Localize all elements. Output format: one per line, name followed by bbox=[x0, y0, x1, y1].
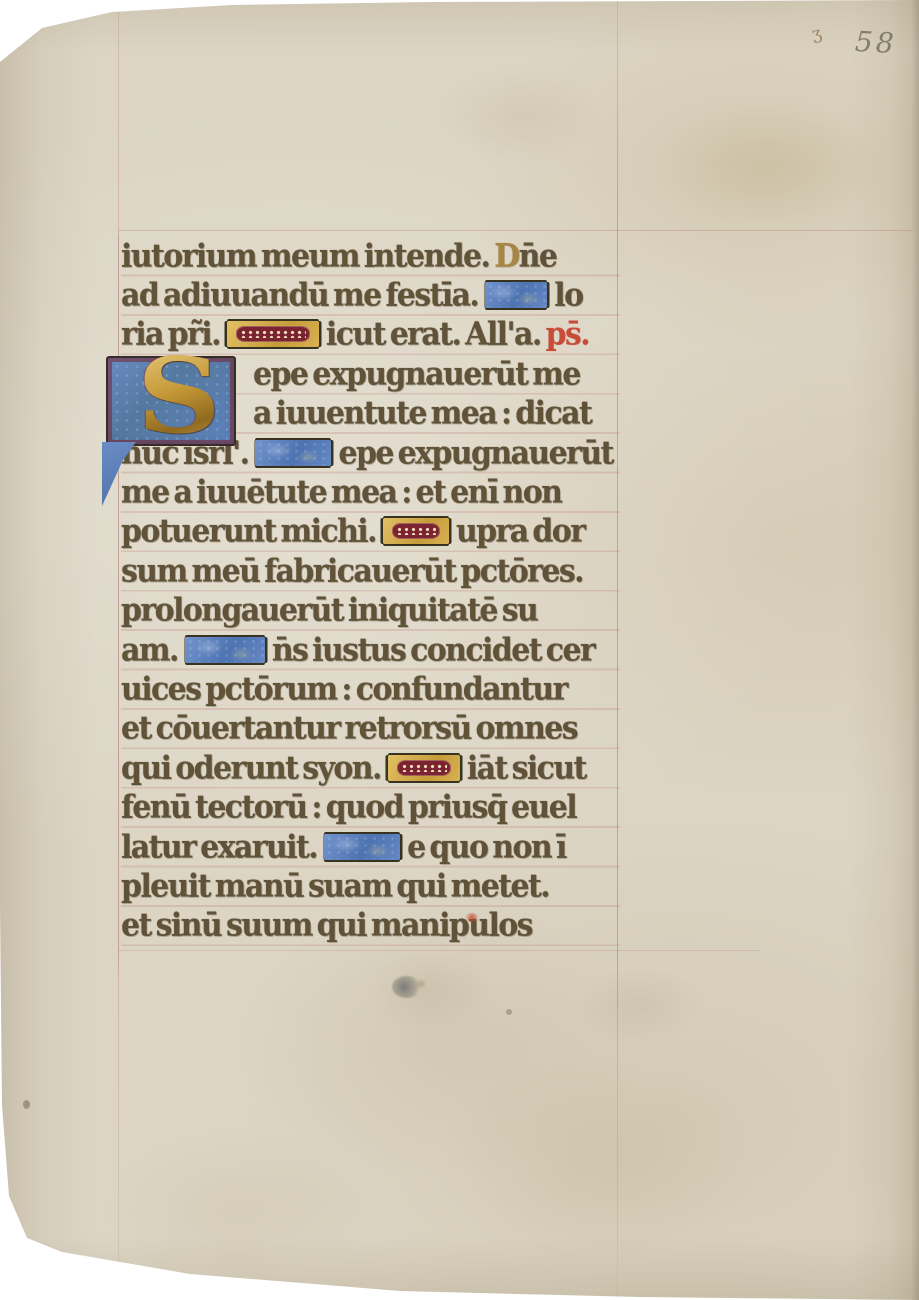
manuscript-line: pleuit manū suam qui metet. bbox=[121, 867, 620, 906]
line-text: epe expugnauerūt bbox=[338, 438, 612, 470]
parchment-speck bbox=[506, 1009, 512, 1015]
manuscript-line: et cōuertantur retrorsū omnes bbox=[121, 710, 620, 749]
gold-touched-capital: D bbox=[494, 241, 518, 273]
line-text: upra dor bbox=[456, 516, 584, 548]
line-filler-gold-initial bbox=[388, 755, 460, 781]
line-filler-blue-initial bbox=[255, 440, 331, 466]
red-pigment-fleck bbox=[466, 913, 478, 922]
line-text: uices pctōrum : confundantur bbox=[121, 674, 567, 706]
line-text: a iuuentute mea : dicat bbox=[253, 398, 591, 430]
line-filler-blue-initial bbox=[485, 282, 547, 308]
line-filler-blue-initial bbox=[185, 637, 265, 663]
margin-squiggle-mark: ʒ bbox=[810, 23, 824, 45]
illuminated-initial-S: S bbox=[106, 356, 236, 446]
manuscript-line: uices pctōrum : confundantur bbox=[121, 670, 620, 709]
manuscript-line: am.n̄s iustus concidet cer bbox=[121, 631, 620, 670]
line-text: potuerunt michi. bbox=[121, 516, 376, 548]
text-block: S iutorium meum intende. Dn̄ead adiuuand… bbox=[121, 237, 620, 946]
line-text: sum meū fabricauerūt pctōres. bbox=[121, 556, 583, 588]
line-text: icut erat. All'a. bbox=[326, 319, 546, 351]
line-text: fenū tectorū : quod priusq̄ euel bbox=[121, 792, 576, 824]
line-text: me a iuuētute mea : et enī non bbox=[121, 477, 561, 509]
ruling-line-horizontal-top bbox=[118, 230, 913, 231]
manuscript-page: ʒ 58 S iutorium meum intende. Dn̄ead adi… bbox=[0, 0, 919, 1300]
line-text: iāt sicut bbox=[467, 753, 586, 785]
line-text: pleuit manū suam qui metet. bbox=[121, 871, 549, 903]
line-text: et cōuertantur retrorsū omnes bbox=[121, 713, 577, 745]
manuscript-line: potuerunt michi.upra dor bbox=[121, 513, 620, 552]
ruling-line-vertical-left bbox=[118, 0, 119, 1300]
manuscript-line: et sinū suum qui manipulos bbox=[121, 907, 620, 946]
manuscript-line: qui oderunt syon.iāt sicut bbox=[121, 749, 620, 788]
line-text: prolongauerūt iniquitatē su bbox=[121, 595, 537, 627]
line-filler-gold-initial bbox=[383, 518, 449, 544]
line-text: n̄e bbox=[519, 241, 557, 273]
line-text: iutorium meum intende. bbox=[121, 241, 494, 273]
initial-letter-gold: S bbox=[106, 340, 252, 452]
rubric-text: ps̄. bbox=[546, 319, 590, 351]
manuscript-line: prolongauerūt iniquitatē su bbox=[121, 592, 620, 631]
line-text: latur exaruit. bbox=[121, 831, 317, 863]
manuscript-line: sum meū fabricauerūt pctōres. bbox=[121, 552, 620, 591]
line-text: am. bbox=[121, 635, 178, 667]
ruling-line-horizontal-bottom bbox=[118, 950, 759, 951]
manuscript-line: ad adiuuandū me festīa.lo bbox=[121, 276, 620, 315]
line-text: ad adiuuandū me festīa. bbox=[121, 280, 478, 312]
line-text: qui oderunt syon. bbox=[121, 753, 381, 785]
ink-smudge bbox=[392, 976, 422, 998]
line-text: lo bbox=[554, 280, 582, 312]
line-text: e quo non ī bbox=[407, 831, 566, 863]
manuscript-line: latur exaruit.e quo non ī bbox=[121, 828, 620, 867]
line-filler-blue-initial bbox=[324, 834, 400, 860]
line-text: epe expugnauerūt me bbox=[253, 359, 580, 391]
folio-number: 58 bbox=[854, 25, 897, 60]
manuscript-line: fenū tectorū : quod priusq̄ euel bbox=[121, 788, 620, 827]
manuscript-line: me a iuuētute mea : et enī non bbox=[121, 473, 620, 512]
line-text: n̄s iustus concidet cer bbox=[272, 635, 594, 667]
manuscript-line: iutorium meum intende. Dn̄e bbox=[121, 237, 620, 276]
parchment-speck bbox=[23, 1100, 30, 1109]
